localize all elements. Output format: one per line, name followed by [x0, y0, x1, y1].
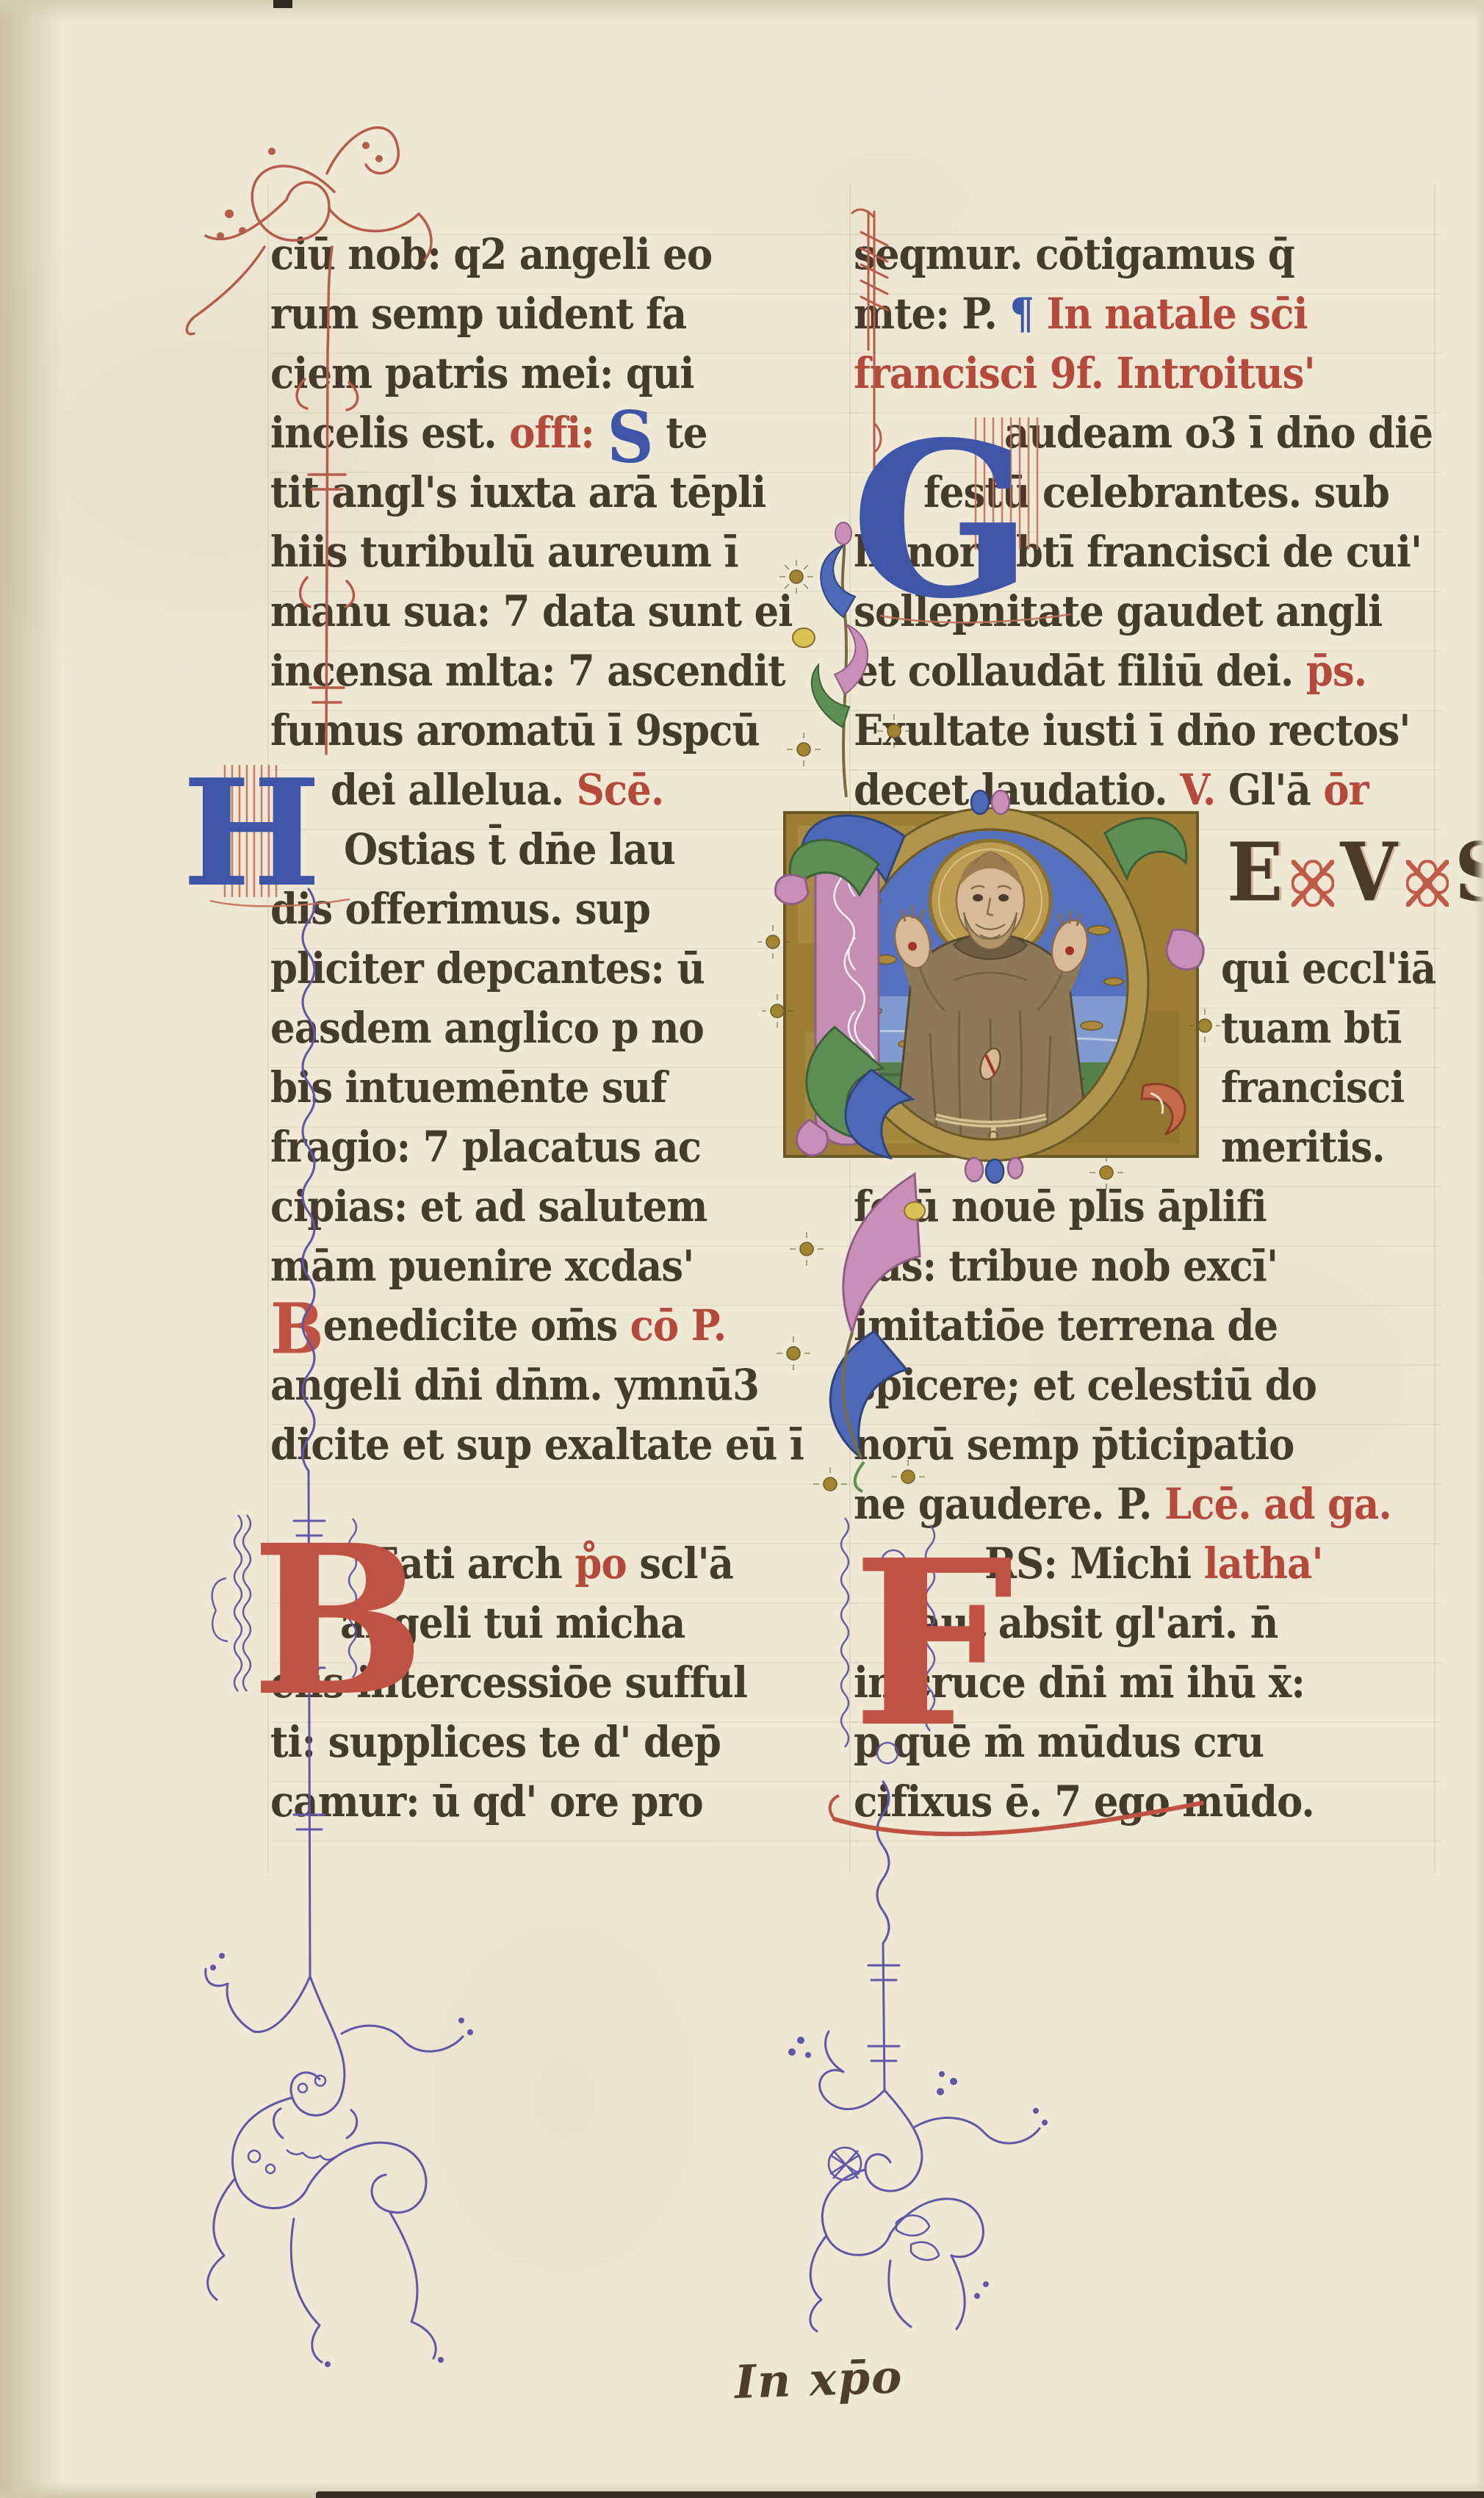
initial-H: H — [181, 754, 357, 912]
svg-text:F: F — [852, 1511, 1014, 1778]
text-line: dei allelua. Scē. — [331, 765, 663, 831]
body-text: Gl'ā — [1228, 765, 1323, 815]
penwork-flourish-top-left — [176, 63, 441, 769]
border-vine-lower — [764, 1170, 948, 1493]
penwork-chain-center — [757, 1782, 1051, 2333]
manuscript-page: ciū nob: q2 angeli eorum semp uident fac… — [0, 0, 1484, 2498]
rubric-text: Scē. — [577, 765, 664, 815]
initial-F: F — [820, 1503, 1217, 1849]
page-edge-right — [1474, 0, 1484, 2498]
rosette-ornament — [1292, 860, 1334, 907]
body-text: dei allelua. — [331, 765, 577, 815]
rubric-text: p̄s. — [1306, 646, 1366, 696]
body-text: scl'ā — [639, 1538, 733, 1588]
text-line: EVS — [1227, 824, 1484, 890]
initial-G: G — [851, 403, 1078, 645]
pilcrow-mark: ¶ — [1009, 289, 1034, 339]
photographed-board-notch — [273, 0, 292, 8]
catchword: In xp̄o — [734, 2350, 904, 2409]
body-text: Ostias t̄ dn̄e lau — [344, 824, 675, 874]
body-text: francisci — [1221, 1062, 1404, 1112]
photographed-board-edge — [316, 2491, 1484, 2498]
text-line: Exultate iusti ī dn̄o rectos' — [854, 705, 1411, 771]
rubric-text: latha' — [1204, 1538, 1323, 1588]
inline-initial: S — [607, 395, 653, 478]
initial-B-beati: B — [209, 1508, 385, 1728]
body-text: te — [653, 408, 707, 458]
cadel-letter: S — [1455, 824, 1484, 920]
svg-text:H: H — [182, 747, 321, 920]
body-text: meritis. — [1221, 1122, 1385, 1172]
text-line: meritis. — [1221, 1122, 1385, 1188]
rubric-text: cō P. — [630, 1300, 727, 1350]
rubric-text: In natale sc̄i — [1034, 289, 1307, 339]
body-text: tuam btī — [1221, 1003, 1402, 1053]
cadel-letter: E — [1227, 824, 1286, 920]
historiated-initial-miniature — [761, 791, 1217, 1191]
rubric-text: ōr — [1323, 765, 1368, 815]
cadel-letter: V — [1340, 824, 1400, 920]
text-line: qui eccl'iā — [1221, 943, 1436, 1009]
page-edge-top — [0, 0, 1484, 22]
svg-text:G: G — [851, 396, 1033, 646]
text-line: Ostias t̄ dn̄e lau — [344, 824, 675, 890]
svg-text:B: B — [251, 1500, 425, 1742]
rubric-text: p̊o — [574, 1538, 639, 1588]
rosette-ornament — [1406, 860, 1449, 907]
text-line: francisci — [1221, 1062, 1404, 1129]
rubric-text: offi: — [497, 408, 608, 458]
body-text: qui eccl'iā — [1221, 943, 1436, 993]
body-text: Exultate iusti ī dn̄o rectos' — [854, 705, 1411, 755]
text-line: tuam btī — [1221, 1003, 1402, 1069]
gutter-shadow-left — [0, 0, 62, 2498]
